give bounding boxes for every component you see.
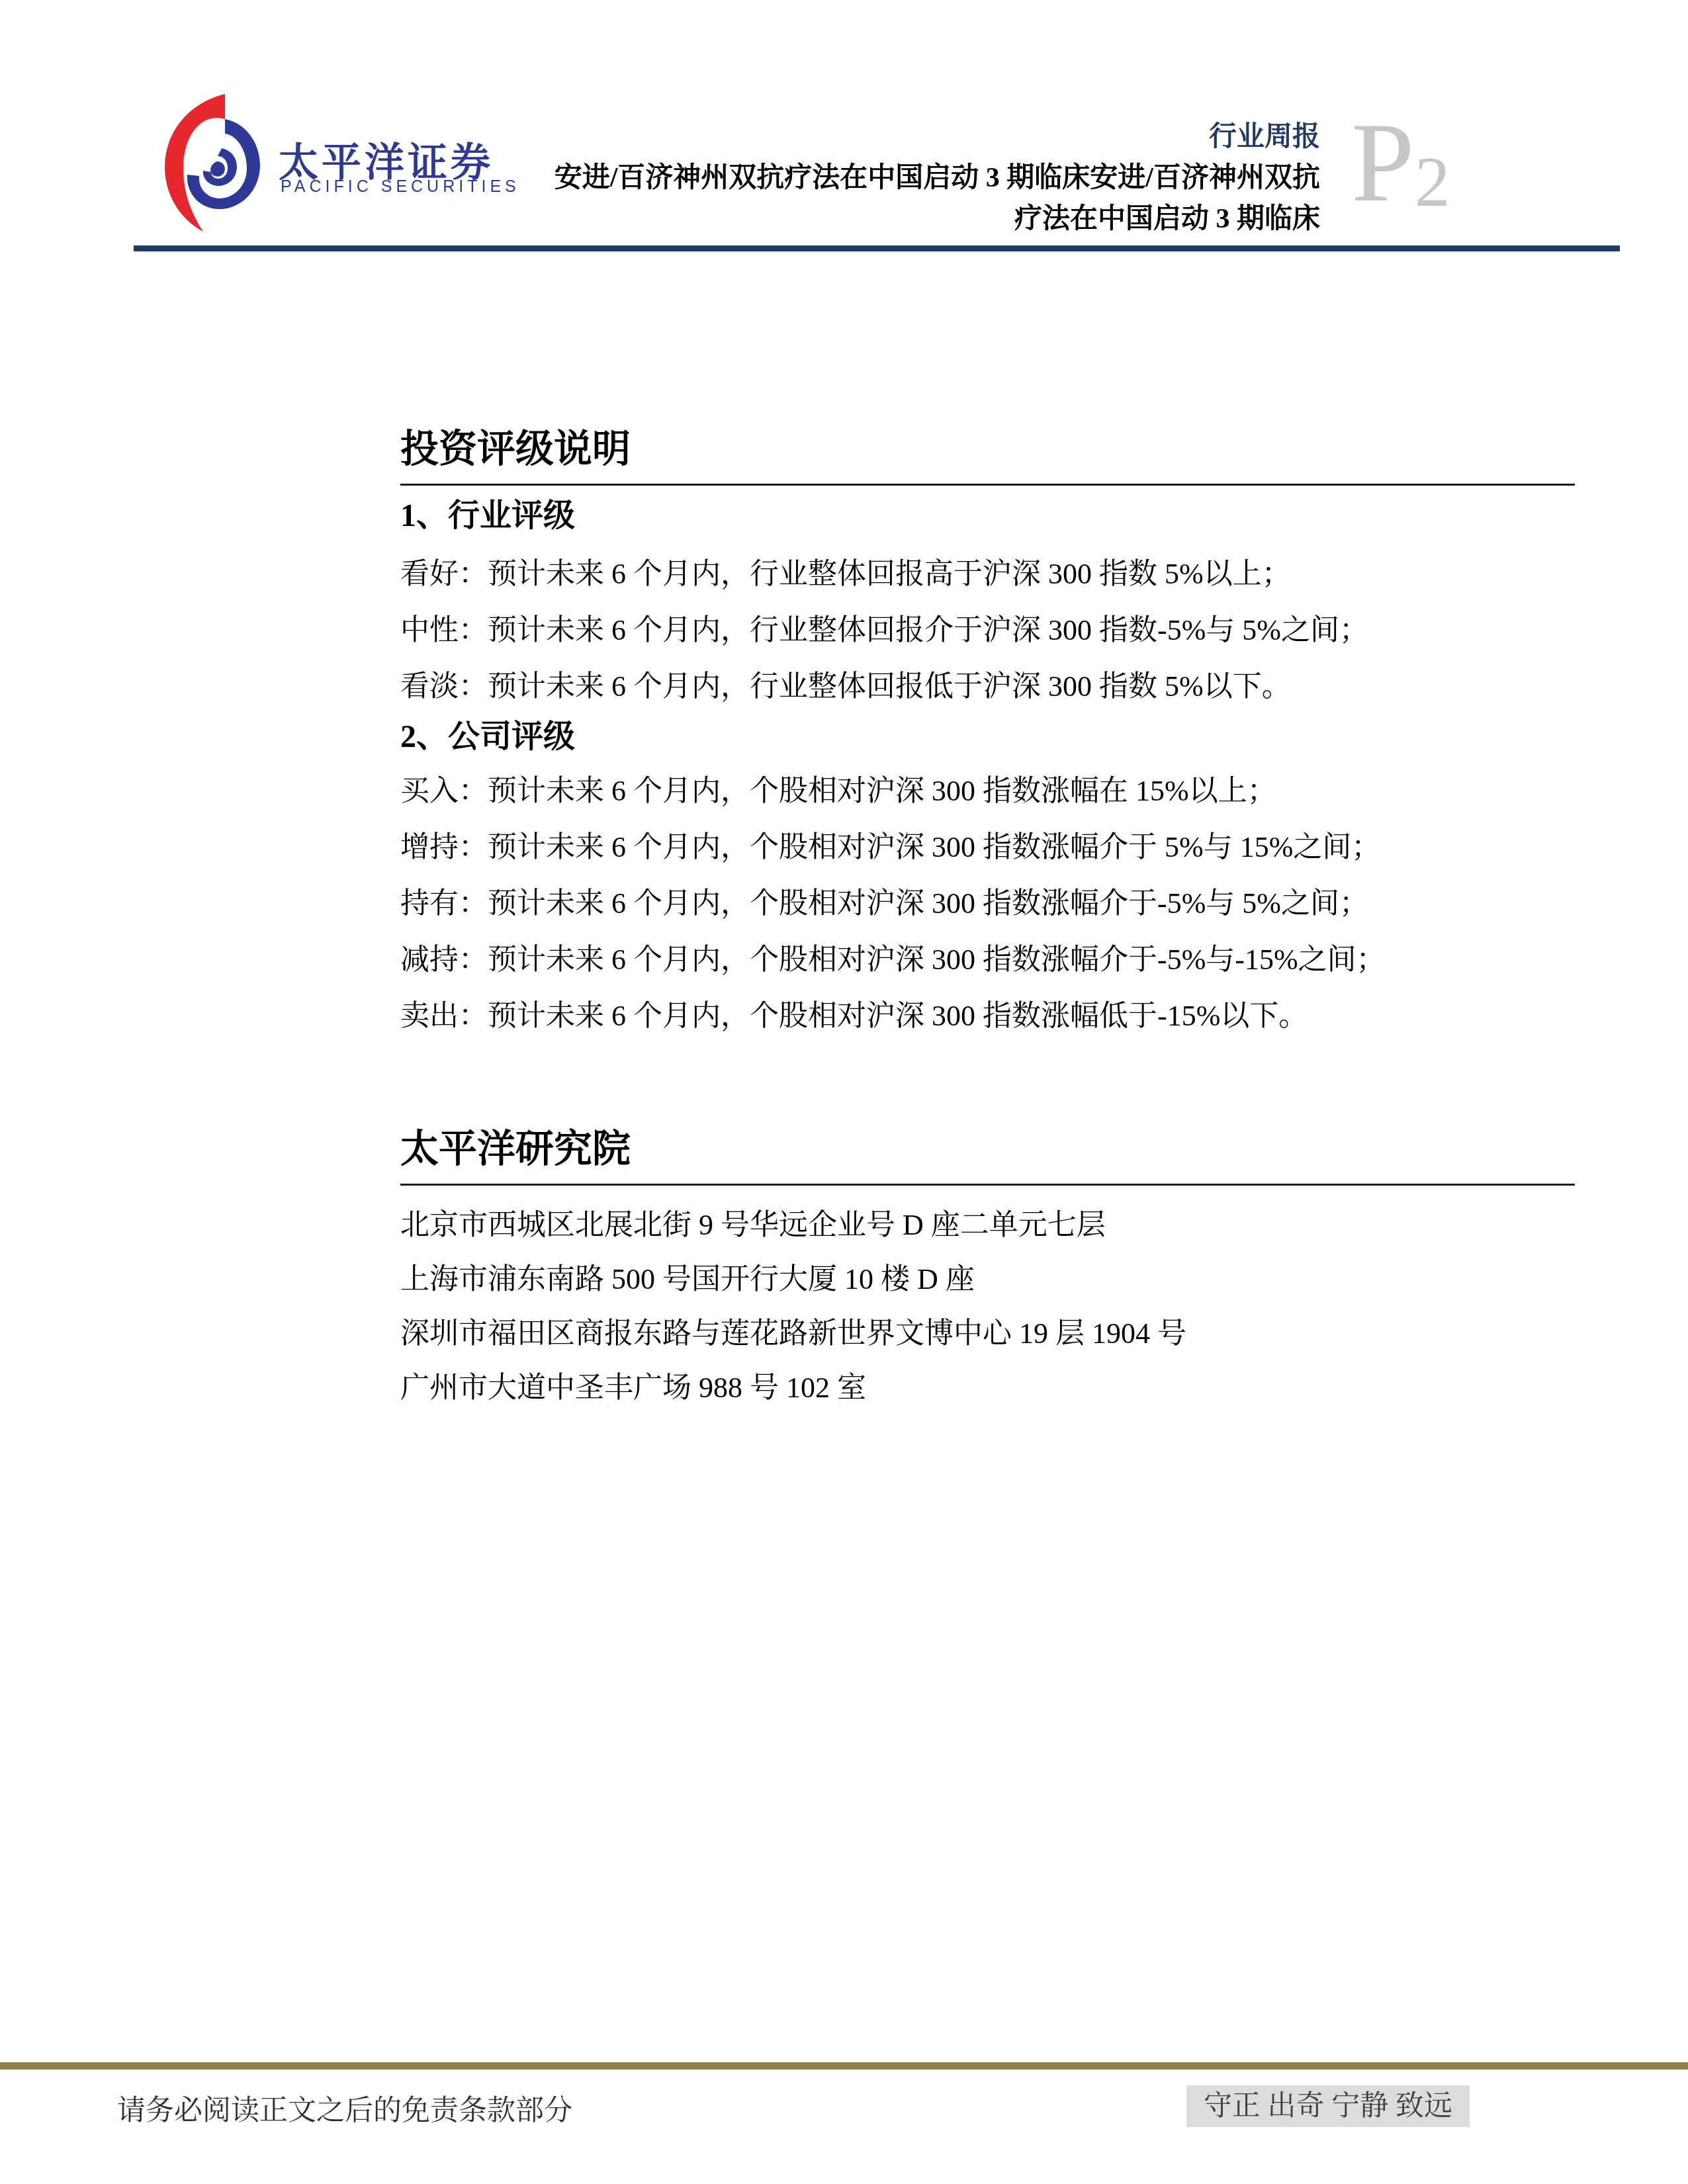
- report-title-line1: 安进/百济神州双抗疗法在中国启动 3 期临床安进/百济神州双抗: [555, 157, 1320, 198]
- institute-section-title: 太平洋研究院: [400, 1127, 631, 1172]
- header-right-block: 行业周报 安进/百济神州双抗疗法在中国启动 3 期临床安进/百济神州双抗 疗法在…: [555, 116, 1320, 240]
- footer-divider: [0, 2062, 1688, 2070]
- logo-company-name-en: PACIFIC SECURITIES: [281, 177, 520, 197]
- institute-address: 深圳市福田区商报东路与莲花路新世界文博中心 19 层 1904 号: [400, 1317, 1186, 1351]
- company-rating-heading: 2、公司评级: [400, 719, 575, 756]
- pacific-logo-icon: [161, 93, 268, 233]
- header-divider: [134, 245, 1620, 251]
- pacific-securities-logo: 太平洋证券 PACIFIC SECURITIES: [161, 93, 472, 235]
- industry-rating-item: 看淡：预计未来 6 个月内，行业整体回报低于沪深 300 指数 5%以下。: [400, 670, 1291, 704]
- footer-motto: 守正 出奇 宁静 致远: [1186, 2085, 1470, 2127]
- rating-section-title: 投资评级说明: [400, 427, 631, 472]
- industry-rating-item: 中性：预计未来 6 个月内，行业整体回报介于沪深 300 指数-5%与 5%之间…: [400, 613, 1368, 648]
- industry-rating-item: 看好：预计未来 6 个月内，行业整体回报高于沪深 300 指数 5%以上；: [400, 557, 1291, 591]
- company-rating-item: 减持：预计未来 6 个月内，个股相对沪深 300 指数涨幅介于-5%与-15%之…: [400, 943, 1386, 977]
- institute-address: 北京市西城区北展北街 9 号华远企业号 D 座二单元七层: [400, 1208, 1106, 1243]
- company-rating-item: 卖出：预计未来 6 个月内，个股相对沪深 300 指数涨幅低于-15%以下。: [400, 999, 1308, 1033]
- institute-address: 上海市浦东南路 500 号国开行大厦 10 楼 D 座: [400, 1262, 975, 1297]
- rating-section-divider: [400, 484, 1575, 486]
- page-number-digit: 2: [1415, 147, 1450, 218]
- institute-address: 广州市大道中圣丰广场 988 号 102 室: [400, 1371, 866, 1405]
- company-rating-item: 买入：预计未来 6 个月内，个股相对沪深 300 指数涨幅在 15%以上；: [400, 774, 1276, 808]
- report-title-line2: 疗法在中国启动 3 期临床: [555, 198, 1320, 240]
- company-rating-item: 持有：预计未来 6 个月内，个股相对沪深 300 指数涨幅介于-5%与 5%之间…: [400, 887, 1368, 921]
- page-number-letter: P: [1351, 100, 1415, 226]
- page-number: P2: [1351, 106, 1450, 220]
- report-type-label: 行业周报: [555, 116, 1320, 157]
- institute-section-divider: [400, 1184, 1575, 1186]
- industry-rating-heading: 1、行业评级: [400, 498, 575, 535]
- footer-disclaimer: 请务必阅读正文之后的免责条款部分: [117, 2088, 572, 2128]
- report-page: 太平洋证券 PACIFIC SECURITIES 行业周报 安进/百济神州双抗疗…: [0, 0, 1688, 2184]
- company-rating-item: 增持：预计未来 6 个月内，个股相对沪深 300 指数涨幅介于 5%与 15%之…: [400, 830, 1380, 865]
